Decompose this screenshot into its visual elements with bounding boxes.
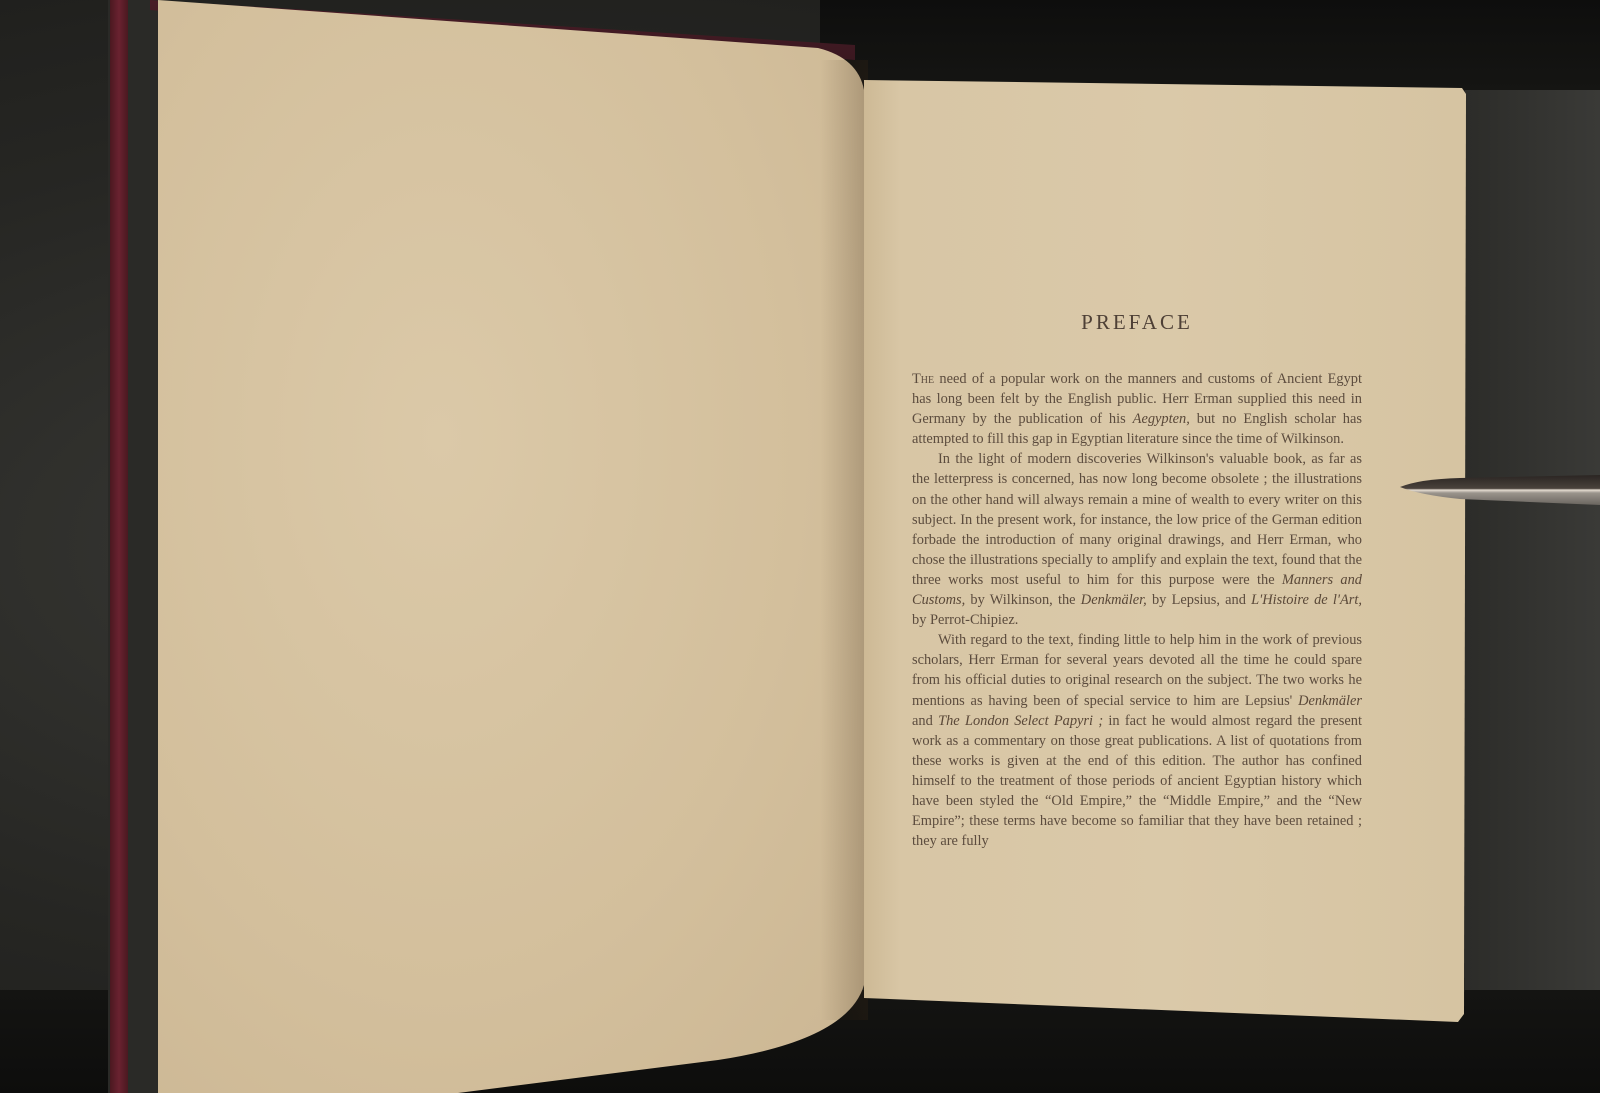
background-surface [1465, 0, 1600, 1093]
preface-content: PREFACE The need of a popular work on th… [912, 310, 1362, 851]
background-top-shadow [820, 0, 1600, 90]
italic-title: L'Histoire de l'Art, [1251, 592, 1362, 608]
preface-paragraph: With regard to the text, finding little … [912, 630, 1362, 851]
book-spine [110, 0, 128, 1093]
gutter-shadow [820, 60, 868, 1020]
left-page-blank [158, 0, 864, 1093]
small-caps-opening: The [912, 371, 934, 387]
preface-paragraphs: The need of a popular work on the manner… [912, 369, 1362, 851]
italic-title: Denkmäler, [1081, 592, 1147, 608]
knife-blade-icon [1400, 475, 1600, 505]
page-title: PREFACE [912, 310, 1362, 335]
preface-paragraph: In the light of modern discoveries Wilki… [912, 449, 1362, 630]
italic-title: Denkmäler [1298, 693, 1362, 709]
italic-title: The London Select Papyri ; [938, 713, 1103, 729]
italic-title: Aegypten, [1133, 411, 1190, 427]
preface-paragraph: The need of a popular work on the manner… [912, 369, 1362, 449]
